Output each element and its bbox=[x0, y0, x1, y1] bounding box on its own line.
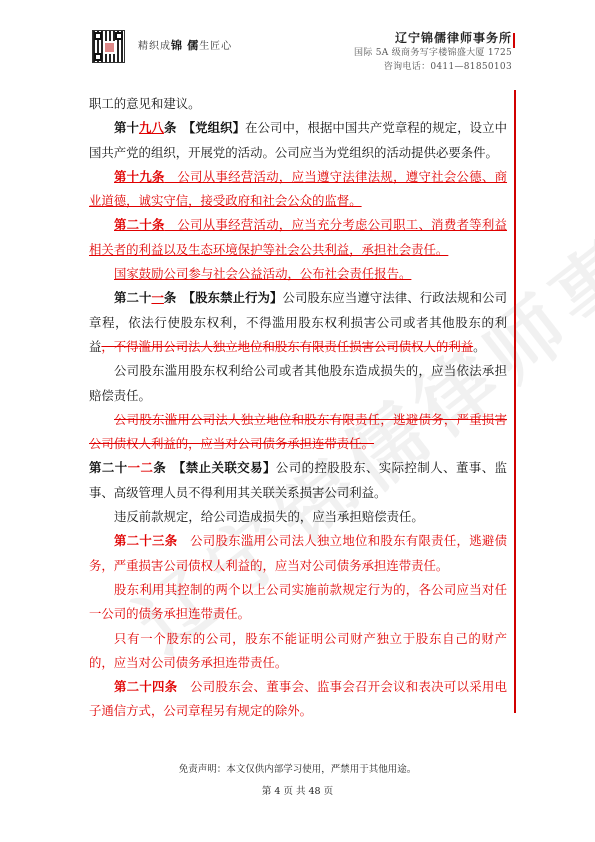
firm-address: 国际 5A 级商务写字楼锦盛大厦 1725 bbox=[354, 46, 512, 60]
slogan-char: 锦 bbox=[171, 39, 183, 52]
article-heading: 【禁止关联交易】 bbox=[166, 460, 276, 475]
paragraph: 违反前款规定，给公司造成损失的，应当承担赔偿责任。 bbox=[89, 505, 507, 529]
paragraph-deleted: 公司股东滥用公司法人独立地位和股东有限责任，逃避债务，严重损害公司债权人利益的，… bbox=[89, 408, 507, 457]
article-number: 第二十 bbox=[114, 290, 151, 305]
footer-disclaimer: 免责声明：本文仅供内部学习使用，严禁用于其他用途。 bbox=[0, 761, 595, 775]
paragraph: 公司股东滥用股东权利给公司或者其他股东造成损失的，应当依法承担赔偿责任。 bbox=[89, 359, 507, 408]
article-20-inserted: 第二十条 公司从事经营活动，应当充分考虑公司职工、消费者等利益相关者的利益以及生… bbox=[89, 213, 507, 262]
seal-icon bbox=[105, 43, 114, 52]
paragraph: 职工的意见和建议。 bbox=[89, 92, 507, 116]
document-page: 精织成锦 儒生匠心 辽宁锦儒律师事务所 国际 5A 级商务写字楼锦盛大厦 172… bbox=[0, 0, 595, 842]
header-slogan: 精织成锦 儒生匠心 bbox=[138, 37, 232, 53]
revised-text: 八 bbox=[151, 120, 163, 135]
article-heading: 【股东禁止行为】 bbox=[176, 290, 282, 305]
article-19-inserted: 第十九条 公司从事经营活动，应当遵守法律法规，遵守社会公德、商业道德，诚实守信，… bbox=[89, 165, 507, 214]
paragraph-inserted: 股东利用其控制的两个以上公司实施前款规定行为的，各公司应当对任一公司的债务承担连… bbox=[89, 578, 507, 627]
article-number: 第十九条 bbox=[114, 169, 165, 184]
article-number: 第二十三条 bbox=[114, 533, 177, 548]
article-number: 第二十四条 bbox=[114, 679, 177, 694]
deleted-text: 一 bbox=[128, 460, 141, 475]
firm-name: 辽宁锦儒律师事务所 bbox=[354, 30, 512, 46]
revision-change-bar bbox=[514, 90, 516, 713]
slogan-text: 精织成 bbox=[138, 41, 171, 52]
article-number: 第二十 bbox=[89, 460, 128, 475]
article-22-related-transactions: 第二十一二条 【禁止关联交易】公司的控股股东、实际控制人、董事、监事、高级管理人… bbox=[89, 456, 507, 505]
paragraph-inserted: 国家鼓励公司参与社会公益活动，公布社会责任报告。 bbox=[89, 262, 507, 286]
article-23-inserted: 第二十三条 公司股东滥用公司法人独立地位和股东有限责任，逃避债务，严重损害公司债… bbox=[89, 529, 507, 578]
article-18-party-organization: 第十九八条 【党组织】在公司中，根据中国共产党章程的规定，设立中国共产党的组织，… bbox=[89, 116, 507, 165]
header-revision-bar bbox=[513, 33, 515, 48]
article-number: 第二十条 bbox=[114, 217, 165, 232]
slogan-char: 儒 bbox=[187, 39, 199, 52]
paragraph-inserted: 只有一个股东的公司，股东不能证明公司财产独立于股东自己的财产的，应当对公司债务承… bbox=[89, 627, 507, 676]
deleted-text: ，不得滥用公司法人独立地位和股东有限责任损害公司债权人的利益 bbox=[101, 339, 473, 354]
page-number: 第 4 页 共 48 页 bbox=[0, 783, 595, 797]
document-body: 职工的意见和建议。 第十九八条 【党组织】在公司中，根据中国共产党章程的规定，设… bbox=[89, 92, 507, 724]
article-21-shareholder-prohibitions: 第二十一条 【股东禁止行为】公司股东应当遵守法律、行政法规和公司章程，依法行使股… bbox=[89, 286, 507, 359]
article-number: 第十 bbox=[114, 120, 139, 135]
firm-info: 辽宁锦儒律师事务所 国际 5A 级商务写字楼锦盛大厦 1725 咨询电话：041… bbox=[354, 30, 512, 74]
article-heading: 【党组织】 bbox=[176, 120, 245, 135]
inserted-text: 九 bbox=[139, 120, 151, 135]
firm-phone: 咨询电话：0411—81850103 bbox=[354, 60, 512, 74]
slogan-text: 生匠心 bbox=[199, 41, 232, 52]
qr-code bbox=[92, 30, 125, 63]
inserted-text: 一 bbox=[151, 290, 163, 305]
article-24-inserted: 第二十四条 公司股东会、董事会、监事会召开会议和表决可以采用电子通信方式，公司章… bbox=[89, 675, 507, 724]
inserted-text: 二 bbox=[140, 460, 153, 475]
